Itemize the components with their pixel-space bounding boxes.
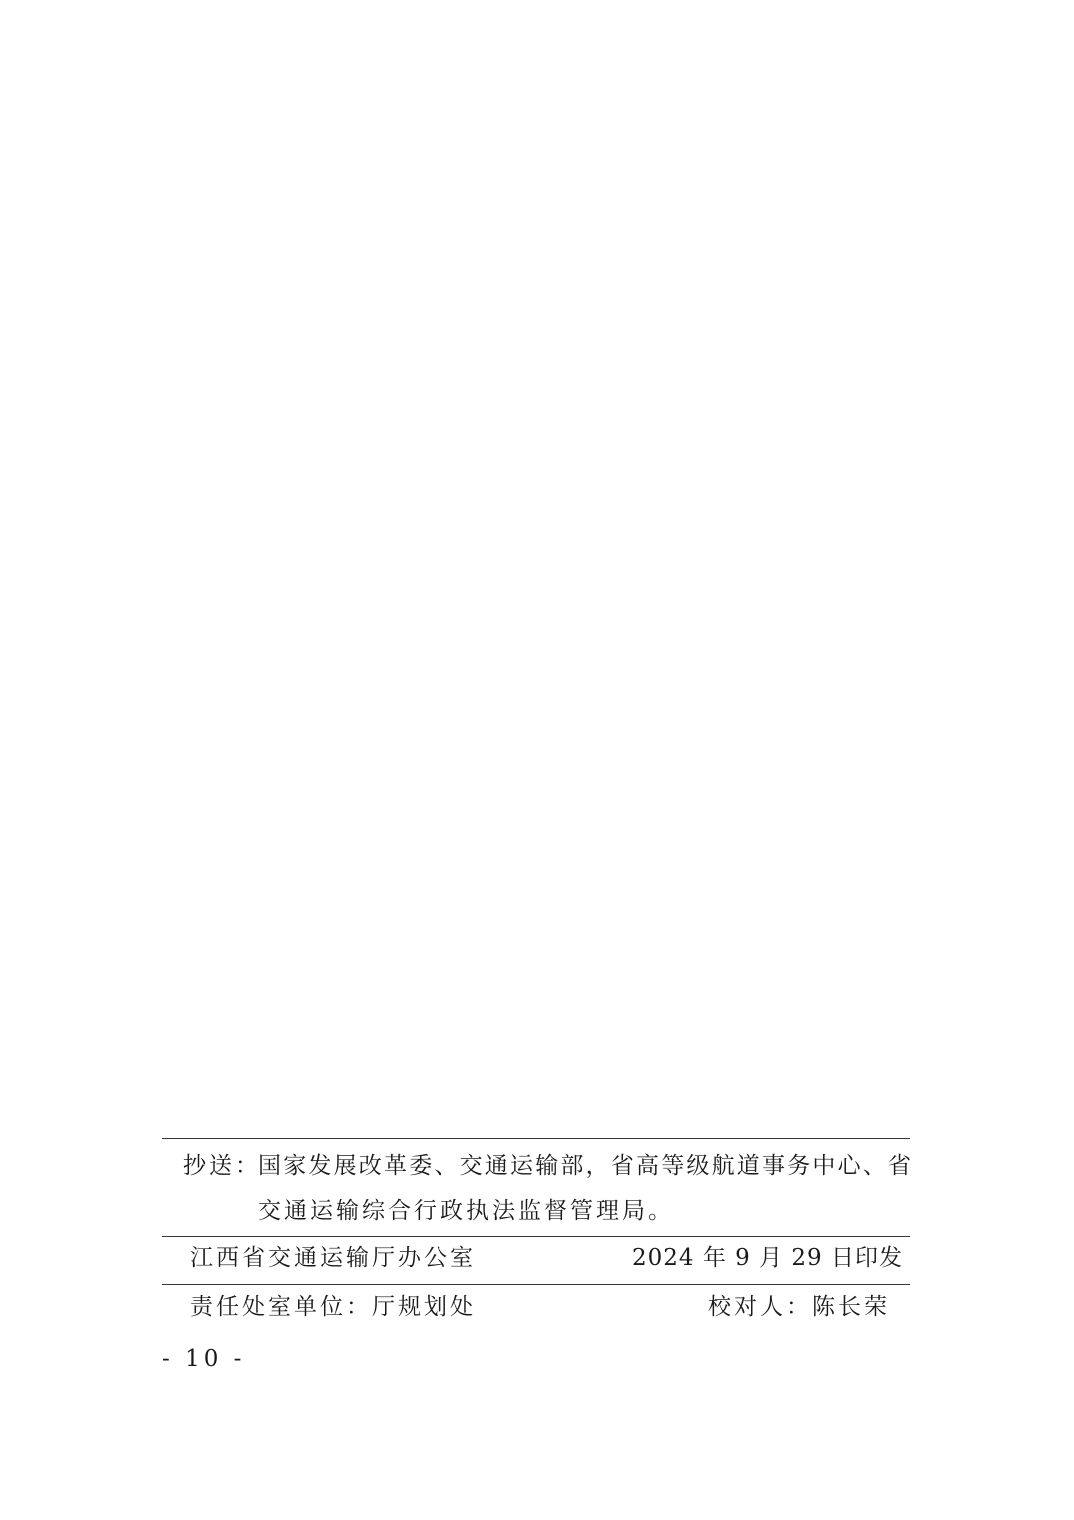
copy-to-label: 抄送： <box>183 1151 261 1181</box>
responsible-unit: 责任处室单位：厅规划处 <box>190 1292 476 1322</box>
rule-top <box>162 1138 910 1139</box>
page-number: - 10 - <box>162 1344 245 1374</box>
rule-bottom <box>162 1284 910 1285</box>
rule-middle <box>162 1236 910 1237</box>
copy-to-line2: 交通运输综合行政执法监督管理局。 <box>258 1196 674 1226</box>
proofreader: 校对人：陈长荣 <box>708 1292 890 1322</box>
issuer-office: 江西省交通运输厅办公室 <box>190 1243 476 1273</box>
issue-date: 2024 年 9 月 29 日印发 <box>632 1243 903 1273</box>
copy-to-line1: 国家发展改革委、交通运输部，省高等级航道事务中心、省 <box>258 1151 913 1181</box>
